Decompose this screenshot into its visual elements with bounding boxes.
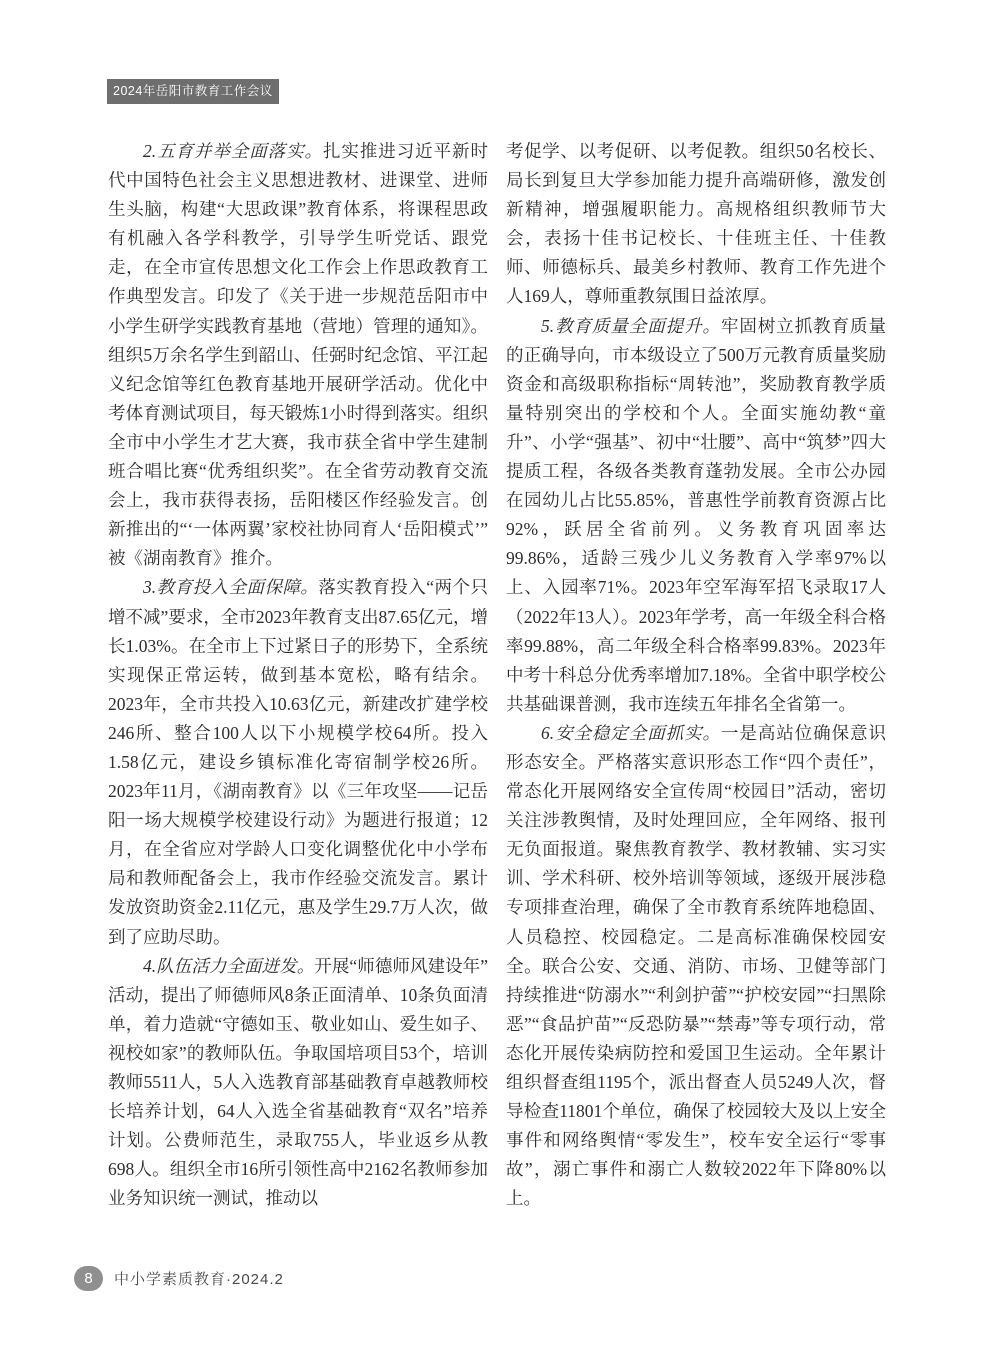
paragraph-lead: 4.队伍活力全面迸发。	[143, 956, 314, 976]
paragraph-lead: 5.教育质量全面提升。	[541, 316, 721, 336]
document-page: 2024年岳阳市教育工作会议 2.五育并举全面落实。扎实推进习近平新时代中国特色…	[0, 0, 992, 1346]
paragraph: 5.教育质量全面提升。牢固树立抓教育质量的正确导向，市本级设立了500万元教育质…	[506, 312, 886, 719]
paragraph-lead: 3.教育投入全面保障。	[143, 577, 318, 597]
paragraph: 3.教育投入全面保障。落实教育投入“两个只增不减”要求，全市2023年教育支出8…	[108, 573, 488, 951]
journal-title: 中小学素质教育·2024.2	[114, 1268, 284, 1289]
paragraph-lead: 2.五育并举全面落实。	[143, 141, 323, 161]
right-column: 考促学、以考促研、以考促教。组织50名校长、局长到复旦大学参加能力提升高端研修，…	[506, 137, 886, 1213]
page-footer: 8 中小学素质教育·2024.2	[74, 1266, 284, 1291]
paragraph: 6.安全稳定全面抓实。一是高站位确保意识形态安全。严格落实意识形态工作“四个责任…	[506, 719, 886, 1214]
page-number-badge: 8	[74, 1266, 103, 1291]
paragraph-lead: 6.安全稳定全面抓实。	[541, 723, 721, 743]
header-badge: 2024年岳阳市教育工作会议	[107, 79, 279, 104]
paragraph: 2.五育并举全面落实。扎实推进习近平新时代中国特色社会主义思想进教材、进课堂、进…	[108, 137, 488, 573]
paragraph: 考促学、以考促研、以考促教。组织50名校长、局长到复旦大学参加能力提升高端研修，…	[506, 137, 886, 312]
left-column: 2.五育并举全面落实。扎实推进习近平新时代中国特色社会主义思想进教材、进课堂、进…	[108, 137, 488, 1213]
paragraph: 4.队伍活力全面迸发。开展“师德师风建设年”活动，提出了师德师风8条正面清单、1…	[108, 952, 488, 1214]
